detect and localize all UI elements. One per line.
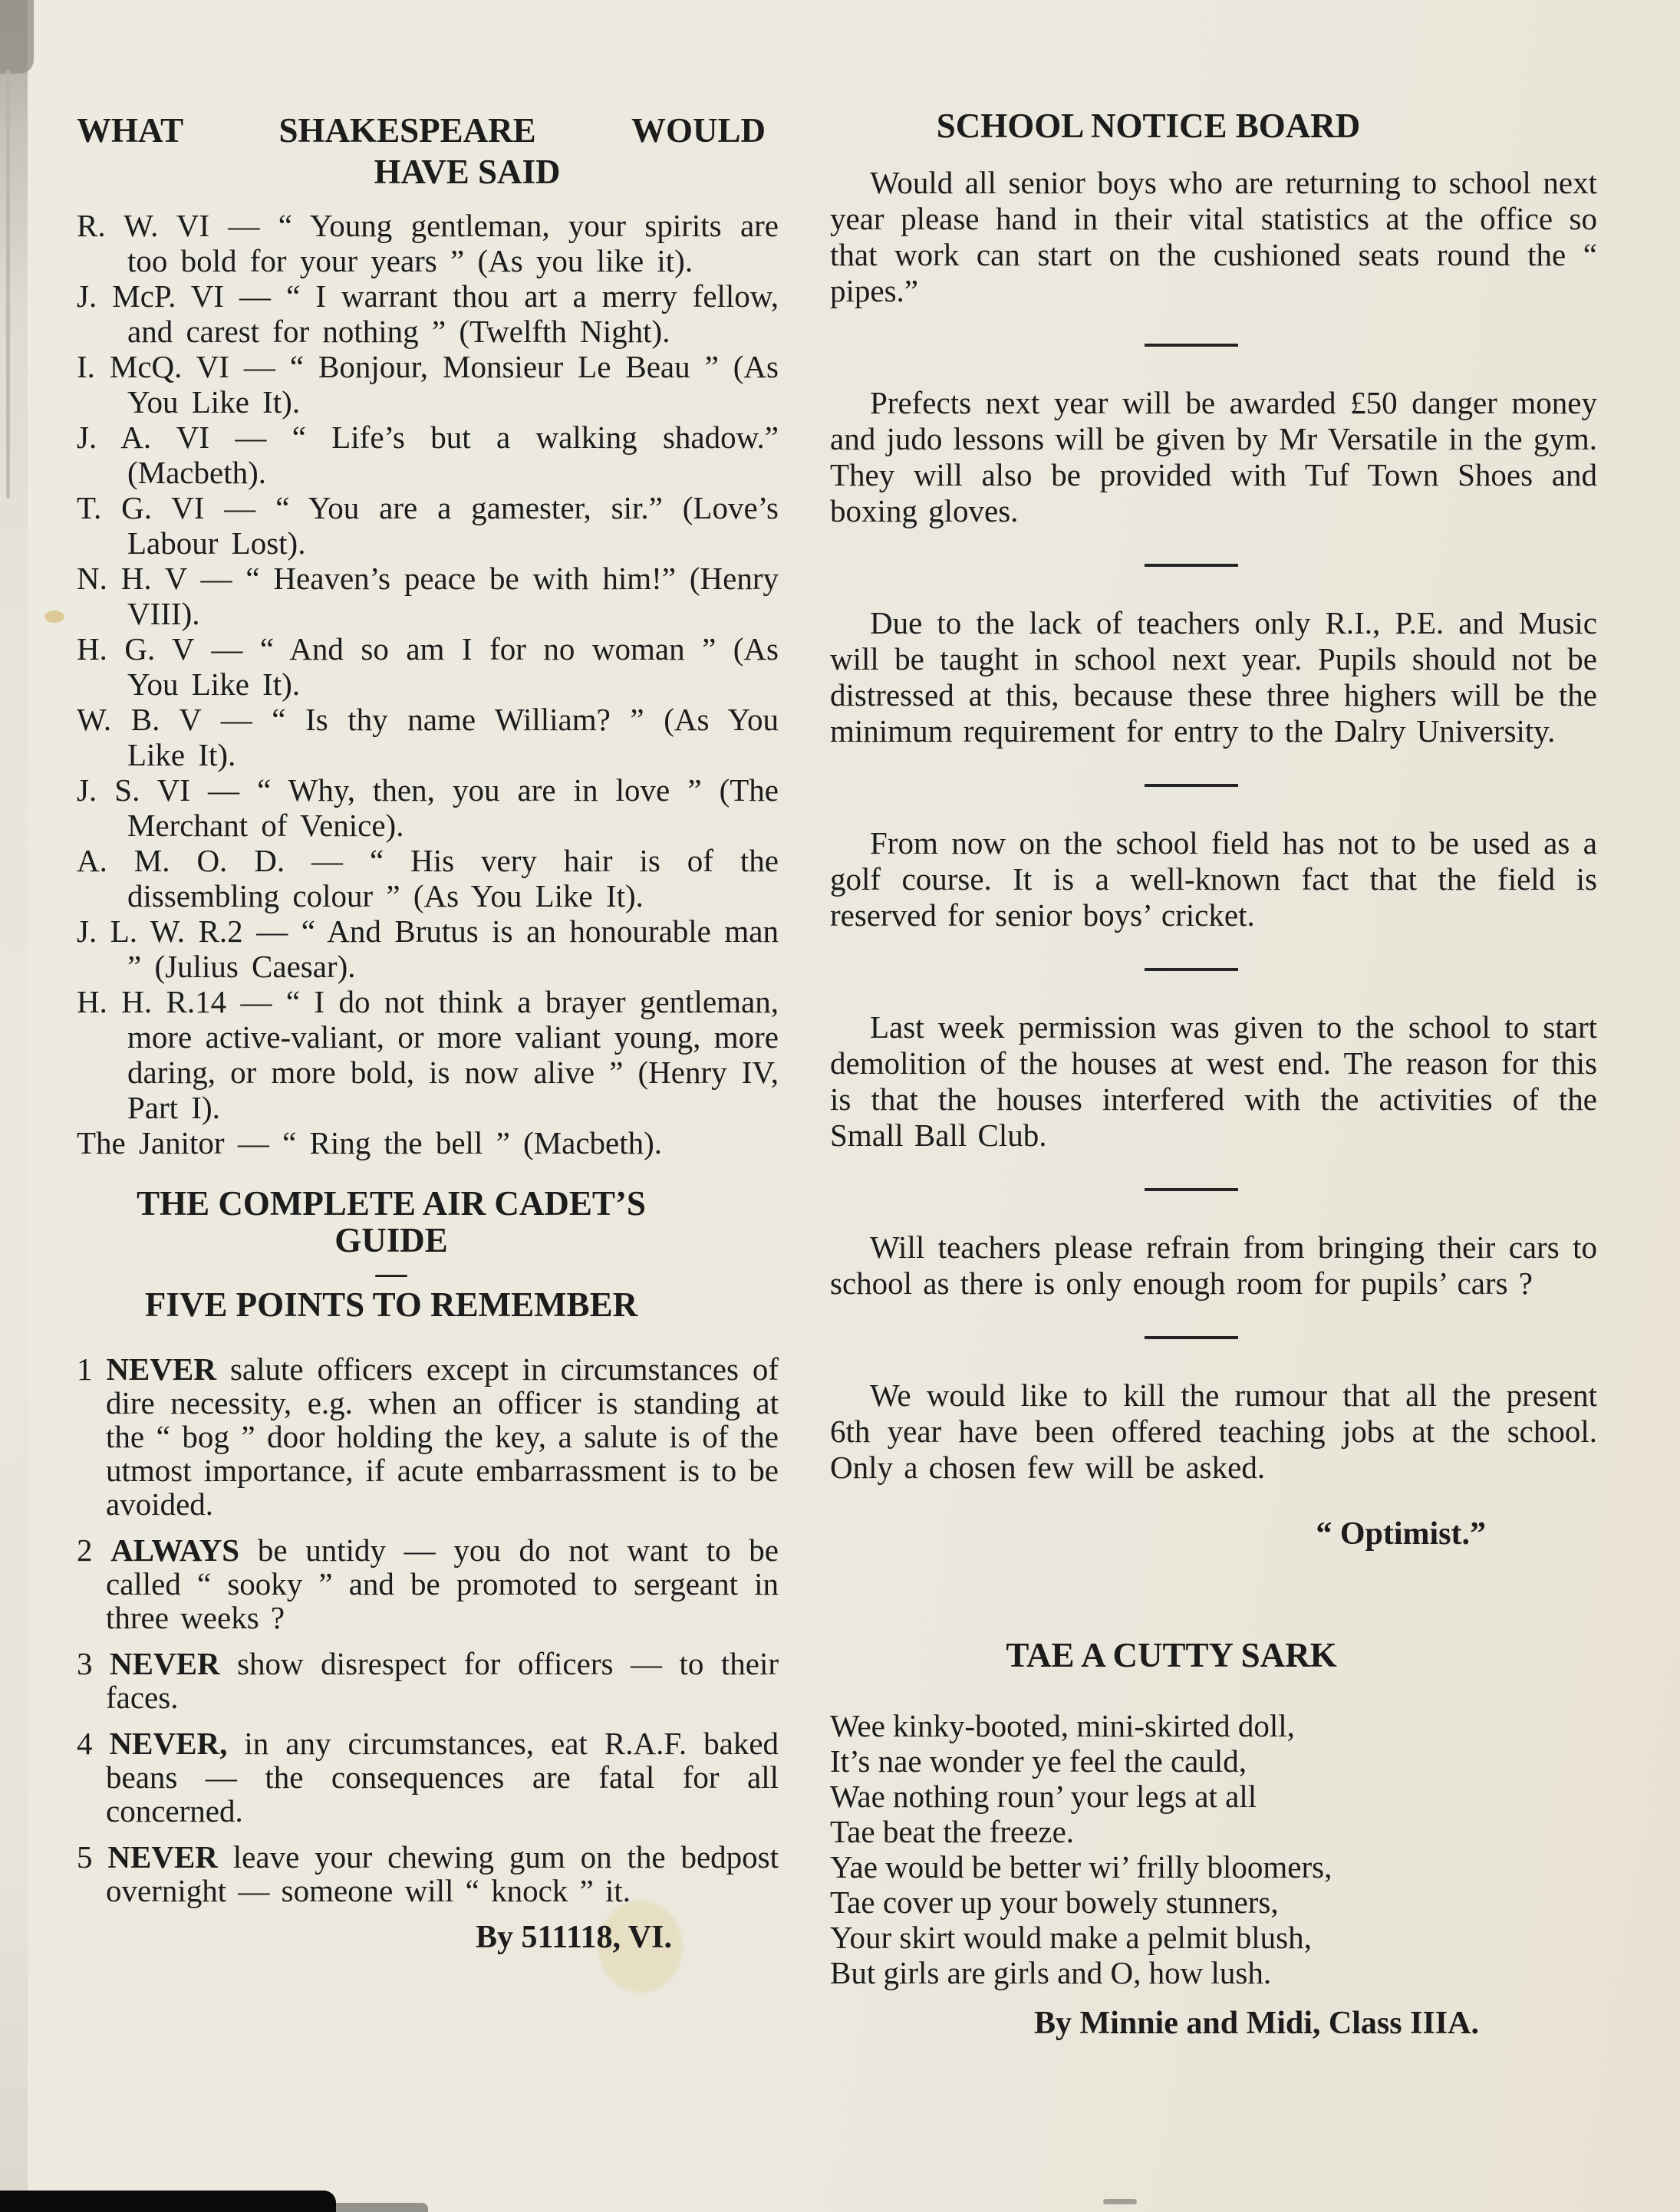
notice-item: Prefects next year will be awarded £50 d…	[830, 385, 1597, 567]
section-divider	[1145, 1336, 1238, 1339]
scan-bottom-dash	[1103, 2199, 1137, 2204]
poem-line: Tae cover up your bowely stunners,	[830, 1884, 1597, 1920]
shakespeare-title: WHAT SHAKESPEARE WOULD HAVE SAID	[77, 111, 779, 191]
poem-line: Wee kinky-booted, mini-skirted doll,	[830, 1708, 1597, 1743]
shakespeare-title-line1: WHAT SHAKESPEARE WOULD	[77, 111, 766, 150]
shakespeare-quote-entry: W. B. V — “ Is thy name William? ” (As Y…	[77, 702, 779, 772]
scan-edge-line	[6, 69, 10, 499]
notice-text: Last week permission was given to the sc…	[830, 1009, 1597, 1154]
shakespeare-quote-entry: A. M. O. D. — “ His very hair is of the …	[77, 843, 779, 913]
notice-list: Would all senior boys who are returning …	[830, 165, 1597, 1486]
shakespeare-quote-entry: J. S. VI — “ Why, then, you are in love …	[77, 772, 779, 843]
air-cadet-section: THE COMPLETE AIR CADET’S GUIDE — FIVE PO…	[77, 1185, 779, 1955]
poem-line: Wae nothing roun’ your legs at all	[830, 1779, 1597, 1814]
air-cadet-subtitle: FIVE POINTS TO REMEMBER	[77, 1286, 706, 1323]
air-cadet-point: 2 ALWAYS be untidy — you do not want to …	[77, 1533, 779, 1634]
poem-line: It’s nae wonder ye feel the cauld,	[830, 1743, 1597, 1779]
air-cadet-title: THE COMPLETE AIR CADET’S GUIDE	[77, 1185, 706, 1259]
poem-line: Yae would be better wi’ frilly bloomers,	[830, 1849, 1597, 1884]
point-keyword: ALWAYS	[110, 1532, 239, 1568]
air-cadet-point: 5 NEVER leave your chewing gum on the be…	[77, 1840, 779, 1908]
notice-text: We would like to kill the rumour that al…	[830, 1378, 1597, 1486]
poem-line: Your skirt would make a pelmit blush,	[830, 1920, 1597, 1955]
scan-bottom-smear	[336, 2203, 428, 2212]
right-column: SCHOOL NOTICE BOARD Would all senior boy…	[830, 107, 1597, 2042]
notice-board-title: SCHOOL NOTICE BOARD	[830, 107, 1597, 144]
shakespeare-quote-entry: H. G. V — “ And so am I for no woman ” (…	[77, 631, 779, 702]
section-divider	[1145, 344, 1238, 347]
notice-item: Would all senior boys who are returning …	[830, 165, 1597, 347]
shakespeare-quote-entry: N. H. V — “ Heaven’s peace be with him!”…	[77, 561, 779, 631]
point-number: 2	[77, 1532, 93, 1568]
section-divider	[1145, 1188, 1238, 1191]
notice-item: From now on the school field has not to …	[830, 825, 1597, 971]
section-divider	[1145, 968, 1238, 971]
point-number: 1	[77, 1351, 93, 1387]
shakespeare-quote-entry: The Janitor — “ Ring the bell ” (Macbeth…	[77, 1125, 779, 1160]
shakespeare-quote-entry: I. McQ. VI — “ Bonjour, Monsieur Le Beau…	[77, 349, 779, 420]
shakespeare-quote-entry: J. A. VI — “ Life’s but a walking shadow…	[77, 420, 779, 490]
air-cadet-point: 3 NEVER show disrespect for officers — t…	[77, 1647, 779, 1714]
notice-text: Will teachers please refrain from bringi…	[830, 1229, 1597, 1302]
notice-text: Would all senior boys who are returning …	[830, 165, 1597, 309]
air-cadet-heading: THE COMPLETE AIR CADET’S GUIDE — FIVE PO…	[77, 1185, 779, 1323]
point-number: 5	[77, 1839, 93, 1875]
shakespeare-quote-entry: J. L. W. R.2 — “ And Brutus is an honour…	[77, 913, 779, 984]
notice-item: Will teachers please refrain from bringi…	[830, 1229, 1597, 1339]
notice-text: From now on the school field has not to …	[830, 825, 1597, 933]
poem-line: But girls are girls and O, how lush.	[830, 1955, 1597, 1990]
left-column: WHAT SHAKESPEARE WOULD HAVE SAID R. W. V…	[77, 111, 779, 1955]
section-divider	[1145, 784, 1238, 787]
point-number: 3	[77, 1646, 93, 1681]
shakespeare-quote-entry: T. G. VI — “ You are a gamester, sir.” (…	[77, 490, 779, 561]
air-cadet-byline: By 511118, VI.	[476, 1920, 779, 1955]
scan-edge-band	[0, 0, 28, 2212]
shakespeare-quote-list: R. W. VI — “ Young gentleman, your spiri…	[77, 208, 779, 1160]
air-cadet-point-list: 1 NEVER salute officers except in circum…	[77, 1352, 779, 1908]
air-cadet-point: 1 NEVER salute officers except in circum…	[77, 1352, 779, 1521]
shakespeare-quote-entry: H. H. R.14 — “ I do not think a brayer g…	[77, 984, 779, 1125]
poem-line: Tae beat the freeze.	[830, 1814, 1597, 1849]
notice-text: Prefects next year will be awarded £50 d…	[830, 385, 1597, 529]
point-keyword: NEVER	[110, 1646, 220, 1681]
air-cadet-point: 4 NEVER, in any circumstances, eat R.A.F…	[77, 1726, 779, 1828]
notice-board-signature: “ Optimist.”	[830, 1516, 1597, 1552]
poem-title: TAE A CUTTY SARK	[830, 1637, 1597, 1674]
poem-byline: By Minnie and Midi, Class IIIA.	[830, 2006, 1597, 2042]
shakespeare-title-line2: HAVE SAID	[77, 153, 766, 191]
paper-speck	[44, 611, 64, 623]
shakespeare-quote-entry: J. McP. VI — “ I warrant thou art a merr…	[77, 278, 779, 349]
notice-item: Due to the lack of teachers only R.I., P…	[830, 605, 1597, 787]
air-cadet-dash: —	[77, 1259, 706, 1286]
scan-edge-corner	[0, 0, 34, 74]
magazine-page: WHAT SHAKESPEARE WOULD HAVE SAID R. W. V…	[0, 0, 1680, 2212]
shakespeare-quote-entry: R. W. VI — “ Young gentleman, your spiri…	[77, 208, 779, 278]
notice-item: We would like to kill the rumour that al…	[830, 1378, 1597, 1486]
point-number: 4	[77, 1726, 93, 1761]
notice-item: Last week permission was given to the sc…	[830, 1009, 1597, 1191]
poem-body: Wee kinky-booted, mini-skirted doll, It’…	[830, 1708, 1597, 1990]
scan-bottom-artifact	[0, 2191, 336, 2212]
notice-text: Due to the lack of teachers only R.I., P…	[830, 605, 1597, 749]
point-keyword: NEVER,	[110, 1726, 228, 1761]
point-keyword: NEVER	[106, 1351, 216, 1387]
point-keyword: NEVER	[107, 1839, 218, 1875]
section-divider	[1145, 564, 1238, 567]
